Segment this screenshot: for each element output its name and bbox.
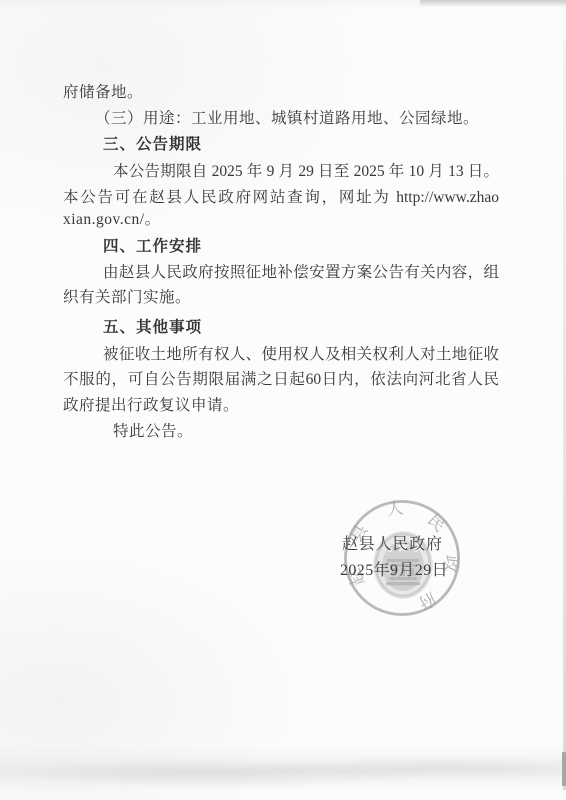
- text-line: 织有关部门实施。: [63, 288, 493, 307]
- text-line: 府储备地。: [63, 83, 493, 102]
- text-line: 特此公告。: [63, 422, 493, 441]
- text-line: xian.gov.cn/。: [63, 210, 493, 229]
- document-body: 府储备地。（三）用途：工业用地、城镇村道路用地、公园绿地。三、公告期限本公告期限…: [0, 0, 566, 800]
- text-line: （三）用途：工业用地、城镇村道路用地、公园绿地。: [63, 109, 493, 128]
- scanned-announcement-page: 府储备地。（三）用途：工业用地、城镇村道路用地、公园绿地。三、公告期限本公告期限…: [0, 0, 566, 800]
- signature-date: 2025年9月29日: [340, 557, 448, 580]
- section-heading: 三、公告期限: [63, 135, 493, 154]
- section-heading: 五、其他事项: [63, 318, 493, 337]
- signature-issuer: 赵县人民政府: [342, 531, 443, 554]
- text-line: 本公告期限自 2025 年 9 月 29 日至 2025 年 10 月 13 日…: [63, 162, 499, 181]
- text-line: 由赵县人民政府按照征地补偿安置方案公告有关内容，组: [63, 263, 499, 282]
- text-line: 本公告可在赵县人民政府网站查询，网址为 http://www.zhao: [63, 188, 499, 207]
- text-line: 被征收土地所有权人、使用权人及相关权利人对土地征收: [63, 345, 499, 364]
- section-heading: 四、工作安排: [63, 237, 493, 256]
- text-line: 不服的，可自公告期限届满之日起60日内，依法向河北省人民: [63, 370, 499, 389]
- text-line: 政府提出行政复议申请。: [63, 396, 493, 415]
